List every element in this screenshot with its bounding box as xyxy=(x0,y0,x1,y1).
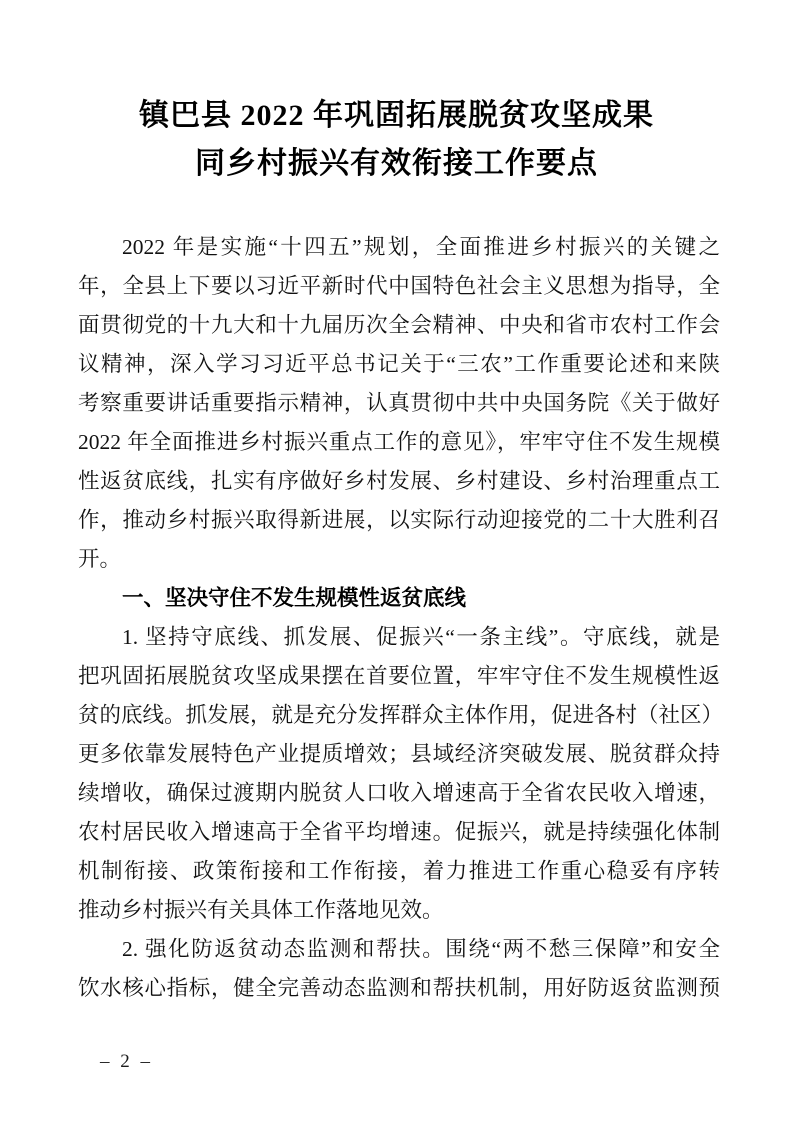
text-line: 考察重要讲话重要指示精神，认真贯彻中共中央国务院《关于做好 xyxy=(78,384,720,423)
text-line: 推动乡村振兴有关具体工作落地见效。 xyxy=(78,891,720,930)
text-line: 饮水核心指标，健全完善动态监测和帮扶机制，用好防返贫监测预 xyxy=(78,969,720,1008)
text-line: 贫的底线。抓发展，就是充分发挥群众主体作用，促进各村（社区） xyxy=(78,696,720,735)
document-title-line-1: 镇巴县 2022 年巩固拓展脱贫攻坚成果 xyxy=(0,92,793,140)
text-line: 议精神，深入学习习近平总书记关于“三农”工作重要论述和来陕 xyxy=(78,345,720,384)
text-line: 更多依靠发展特色产业提质增效；县域经济突破发展、脱贫群众持 xyxy=(78,735,720,774)
page-number: – 2 – xyxy=(100,1050,153,1074)
text-line: 面贯彻党的十九大和十九届历次全会精神、中央和省市农村工作会 xyxy=(78,306,720,345)
text-line: 开。 xyxy=(78,540,720,579)
text-line: 农村居民收入增速高于全省平均增速。促振兴，就是持续强化体制 xyxy=(78,813,720,852)
document-title: 镇巴县 2022 年巩固拓展脱贫攻坚成果 同乡村振兴有效衔接工作要点 xyxy=(0,92,793,188)
text-line: 年，全县上下要以习近平新时代中国特色社会主义思想为指导，全 xyxy=(78,267,720,306)
section-heading: 一、坚决守住不发生规模性返贫底线 xyxy=(78,579,720,618)
document-blocks: 2022 年是实施“十四五”规划，全面推进乡村振兴的关键之年，全县上下要以习近平… xyxy=(78,228,720,1008)
text-line: 把巩固拓展脱贫攻坚成果摆在首要位置，牢牢守住不发生规模性返 xyxy=(78,657,720,696)
text-line: 2. 强化防返贫动态监测和帮扶。围绕“两不愁三保障”和安全 xyxy=(78,930,720,969)
paragraph: 1. 坚持守底线、抓发展、促振兴“一条主线”。守底线，就是把巩固拓展脱贫攻坚成果… xyxy=(78,618,720,930)
paragraph: 2022 年是实施“十四五”规划，全面推进乡村振兴的关键之年，全县上下要以习近平… xyxy=(78,228,720,579)
text-line: 机制衔接、政策衔接和工作衔接，着力推进工作重心稳妥有序转移， xyxy=(78,852,720,891)
text-line: 1. 坚持守底线、抓发展、促振兴“一条主线”。守底线，就是 xyxy=(78,618,720,657)
document-title-line-2: 同乡村振兴有效衔接工作要点 xyxy=(0,140,793,188)
text-line: 2022 年是实施“十四五”规划，全面推进乡村振兴的关键之 xyxy=(78,228,720,267)
document-page: 镇巴县 2022 年巩固拓展脱贫攻坚成果 同乡村振兴有效衔接工作要点 2022 … xyxy=(0,0,793,1122)
text-line: 2022 年全面推进乡村振兴重点工作的意见》，牢牢守住不发生规模 xyxy=(78,423,720,462)
text-line: 续增收，确保过渡期内脱贫人口收入增速高于全省农民收入增速， xyxy=(78,774,720,813)
text-line: 性返贫底线，扎实有序做好乡村发展、乡村建设、乡村治理重点工 xyxy=(78,462,720,501)
paragraph: 2. 强化防返贫动态监测和帮扶。围绕“两不愁三保障”和安全饮水核心指标，健全完善… xyxy=(78,930,720,1008)
text-line: 作，推动乡村振兴取得新进展，以实际行动迎接党的二十大胜利召 xyxy=(78,501,720,540)
